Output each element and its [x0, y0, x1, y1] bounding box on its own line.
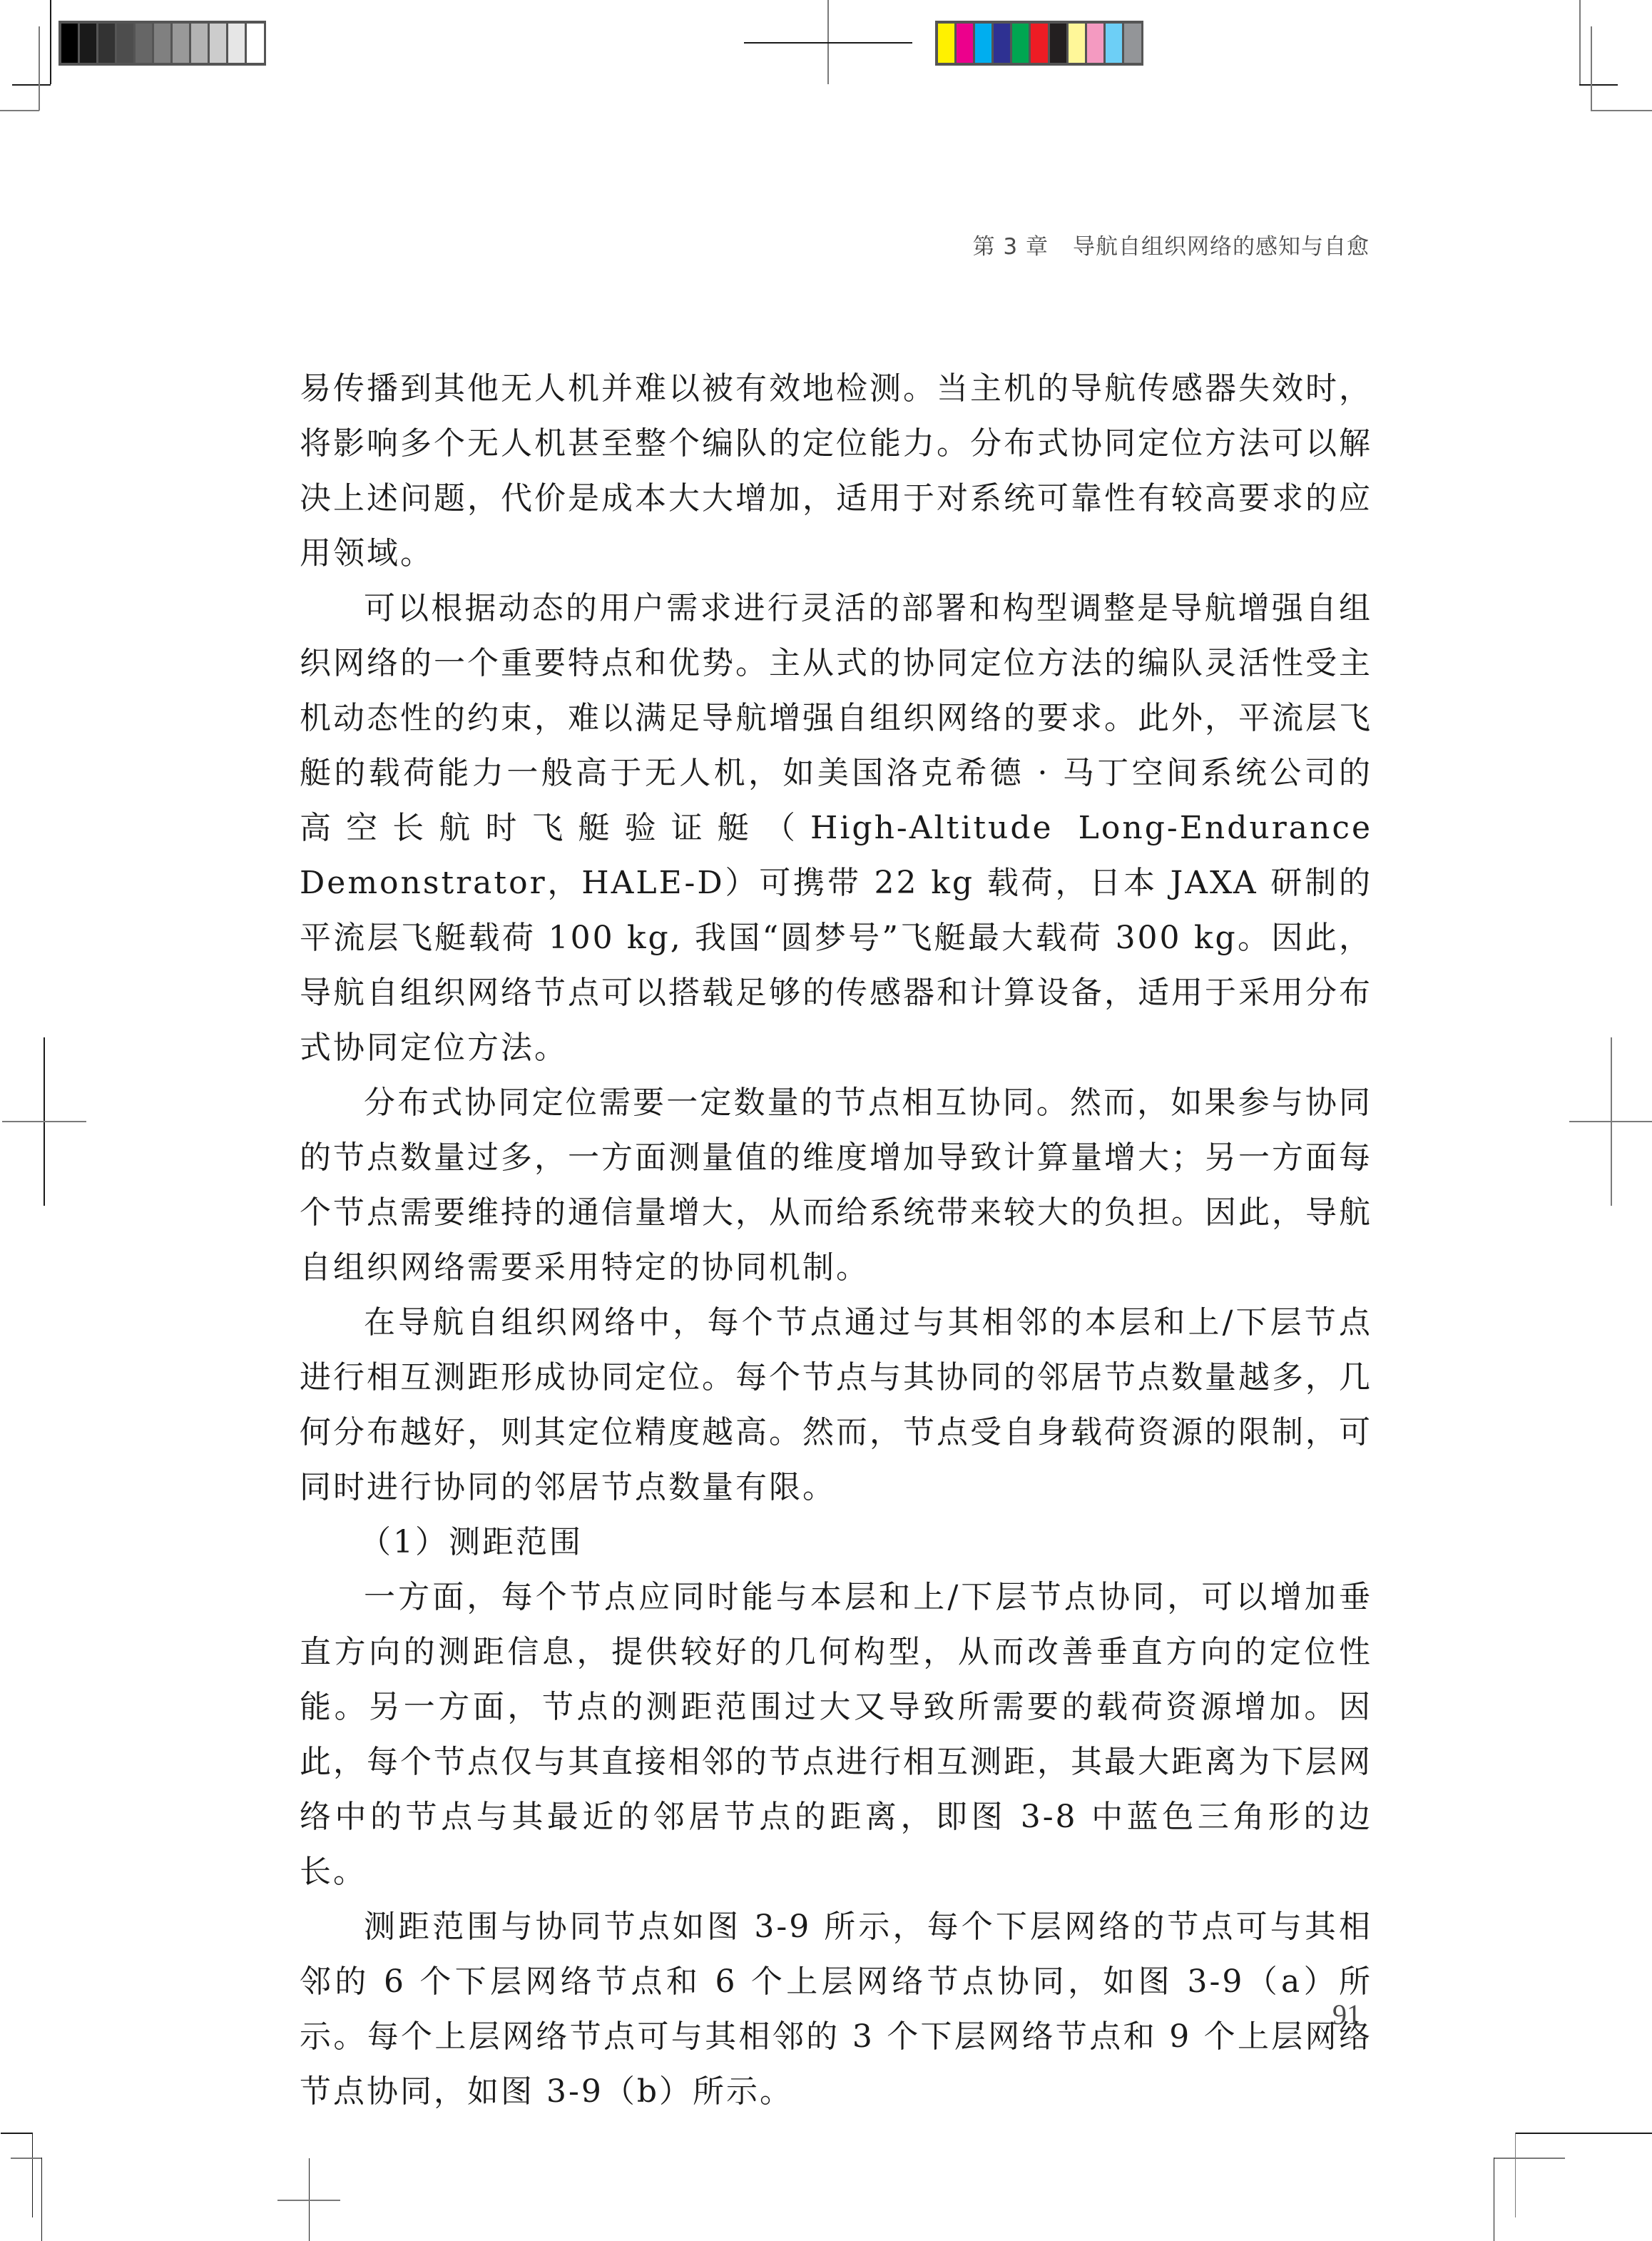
paragraph: 可以根据动态的用户需求进行灵活的部署和构型调整是导航增强自组织网络的一个重要特点…: [300, 581, 1372, 1075]
crop-mark-top-left-v2: [39, 26, 40, 111]
color-swatch: [1050, 24, 1066, 63]
crop-mark-top-right-h1: [1579, 84, 1618, 86]
gray-swatch: [61, 24, 78, 63]
crop-mark-bottom-left-h2: [11, 2158, 42, 2159]
registration-mark-left-h: [2, 1121, 86, 1122]
paragraph: 分布式协同定位需要一定数量的节点相互协同。然而，如果参与协同的节点数量过多，一方…: [300, 1075, 1372, 1295]
crop-mark-top-left-v1: [50, 0, 51, 84]
crop-mark-top-right-h2: [1591, 110, 1652, 111]
grayscale-calibration-bar: [58, 21, 266, 66]
gray-swatch: [228, 24, 245, 63]
gray-swatch: [247, 24, 263, 63]
gray-swatch: [173, 24, 189, 63]
crop-mark-bottom-right-v1: [1515, 2133, 1516, 2217]
registration-mark-bottom-h: [277, 2200, 340, 2201]
page-number: 91: [1332, 1998, 1361, 2031]
crop-mark-bottom-right-h2: [1494, 2158, 1565, 2159]
color-swatch: [1106, 24, 1122, 63]
color-swatch: [957, 24, 973, 63]
registration-mark-right-h: [1569, 1121, 1652, 1122]
crop-mark-bottom-left-h1: [1, 2133, 33, 2134]
crop-mark-bottom-left-v1: [32, 2133, 33, 2217]
paragraph: 在导航自组织网络中，每个节点通过与其相邻的本层和上/下层节点进行相互测距形成协同…: [300, 1295, 1372, 1515]
color-swatch: [994, 24, 1010, 63]
color-swatch: [1087, 24, 1103, 63]
section-heading: （1）测距范围: [300, 1515, 1372, 1570]
paragraph: 测距范围与协同节点如图 3-9 所示，每个下层网络的节点可与其相邻的 6 个下层…: [300, 1899, 1372, 2119]
color-calibration-bar: [935, 21, 1143, 66]
crop-mark-top-left-h2: [0, 110, 39, 111]
chapter-label: 第 3 章: [973, 234, 1049, 260]
chapter-title: 导航自组织网络的感知与自愈: [1073, 234, 1370, 260]
crop-mark-bottom-right-h1: [1515, 2133, 1652, 2134]
color-swatch: [1069, 24, 1085, 63]
crop-mark-bottom-left-v2: [41, 2158, 42, 2241]
crop-mark-bottom-right-v2: [1494, 2158, 1494, 2241]
running-header: 第 3 章导航自组织网络的感知与自愈: [973, 228, 1370, 260]
gray-swatch: [191, 24, 208, 63]
color-swatch: [975, 24, 991, 63]
gray-swatch: [210, 24, 226, 63]
paragraph-continued: 易传播到其他无人机并难以被有效地检测。当主机的导航传感器失效时，将影响多个无人机…: [300, 361, 1372, 581]
gray-swatch: [154, 24, 170, 63]
crop-mark-top-right-v1: [1579, 0, 1581, 84]
crop-mark-top-right-v2: [1591, 26, 1592, 111]
crop-mark-top-left-h1: [12, 84, 51, 86]
color-swatch: [1031, 24, 1047, 63]
gray-swatch: [98, 24, 115, 63]
color-swatch: [938, 24, 954, 63]
color-swatch: [1012, 24, 1029, 63]
body-text: 易传播到其他无人机并难以被有效地检测。当主机的导航传感器失效时，将影响多个无人机…: [300, 361, 1372, 2119]
color-swatch: [1124, 24, 1141, 63]
gray-swatch: [117, 24, 133, 63]
gray-swatch: [80, 24, 96, 63]
gray-swatch: [136, 24, 152, 63]
registration-mark-top-h: [744, 42, 912, 44]
paragraph: 一方面，每个节点应同时能与本层和上/下层节点协同，可以增加垂直方向的测距信息，提…: [300, 1570, 1372, 1899]
